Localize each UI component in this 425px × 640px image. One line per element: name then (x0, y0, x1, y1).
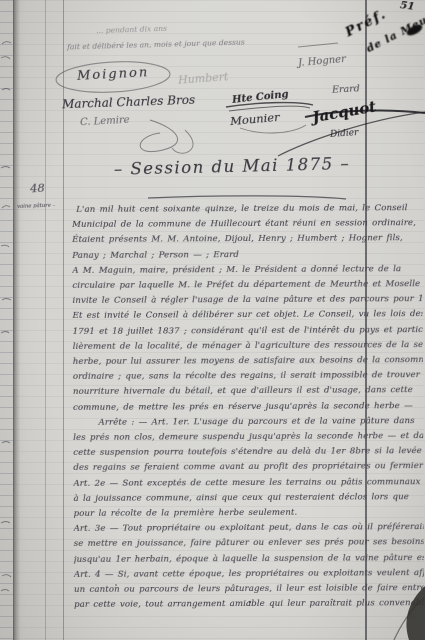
body-line: un canton ou parcours de leurs pâturages… (74, 581, 424, 598)
previous-page-edge (0, 0, 14, 640)
body-line: Art. 2e — Sont exceptés de cette mesure … (73, 475, 423, 492)
signature-erard: Erard (332, 83, 360, 95)
folio-number: 51 (399, 0, 415, 13)
center-paraph (172, 130, 193, 153)
register-page-scan: ... pendant dix ans fait et délibéré les… (0, 0, 425, 640)
body-line: des regains se feraient comme avant au p… (73, 460, 423, 477)
body-line: 1791 et 18 juillet 1837 ; considérant qu… (73, 323, 423, 340)
body-line: à la jouissance commune, ainsi que ceux … (73, 490, 423, 507)
binding-gutter-shadow (13, 0, 20, 640)
body-line: Et est invité le Conseil à délibérer sur… (72, 308, 422, 325)
body-line: par cette voie, tout arrangement amiable… (74, 596, 424, 613)
signature-lemire: C. Lemire (80, 115, 130, 129)
body-line: nourriture hivernale du bétail, et que d… (73, 384, 423, 401)
margin-rule-left-inner (63, 0, 64, 640)
closing-strike (298, 43, 338, 47)
body-line: se mettre en jouissance, faire pâturer o… (74, 536, 424, 553)
body-line: Art. 4 — Si, avant cette époque, les pro… (74, 566, 424, 583)
deliberation-body: L'an mil huit cent soixante quinze, le t… (72, 201, 424, 623)
signature-coing: Hte Coing (232, 89, 289, 106)
session-title: – Session du Mai 1875 – (98, 154, 366, 180)
body-line: commune, de mettre les prés en réserve j… (73, 399, 423, 416)
marchal-paraph (140, 120, 177, 152)
entry-number: 48 (30, 181, 46, 196)
signature-moignon: Moignon (77, 65, 150, 84)
closing-formula-line2: fait et délibéré les an, mois et jour qu… (67, 38, 245, 52)
title-underline (148, 196, 346, 199)
body-line: Étaient présents M. M. Antoine, Dijoul, … (72, 231, 422, 248)
signature-humbert-faded: Humbert (178, 70, 229, 86)
signature-hogner: J. Hogner (298, 54, 347, 69)
closing-formula-line1: ... pendant dix ans (96, 24, 167, 35)
signature-jacquot: Jacquot (311, 98, 377, 127)
signature-mounier: Mounier (229, 110, 280, 128)
signature-didier: Didier (330, 128, 359, 140)
previous-page-ruling (0, 0, 13, 640)
signature-marchal: Marchal Charles Bros (62, 93, 196, 112)
margin-rule-left-outer (45, 0, 46, 640)
body-line: jusqu'au 1er herbain, époque à laquelle … (74, 551, 424, 568)
body-line: Art. 3e — Tout propriétaire ou exploitan… (74, 520, 424, 537)
